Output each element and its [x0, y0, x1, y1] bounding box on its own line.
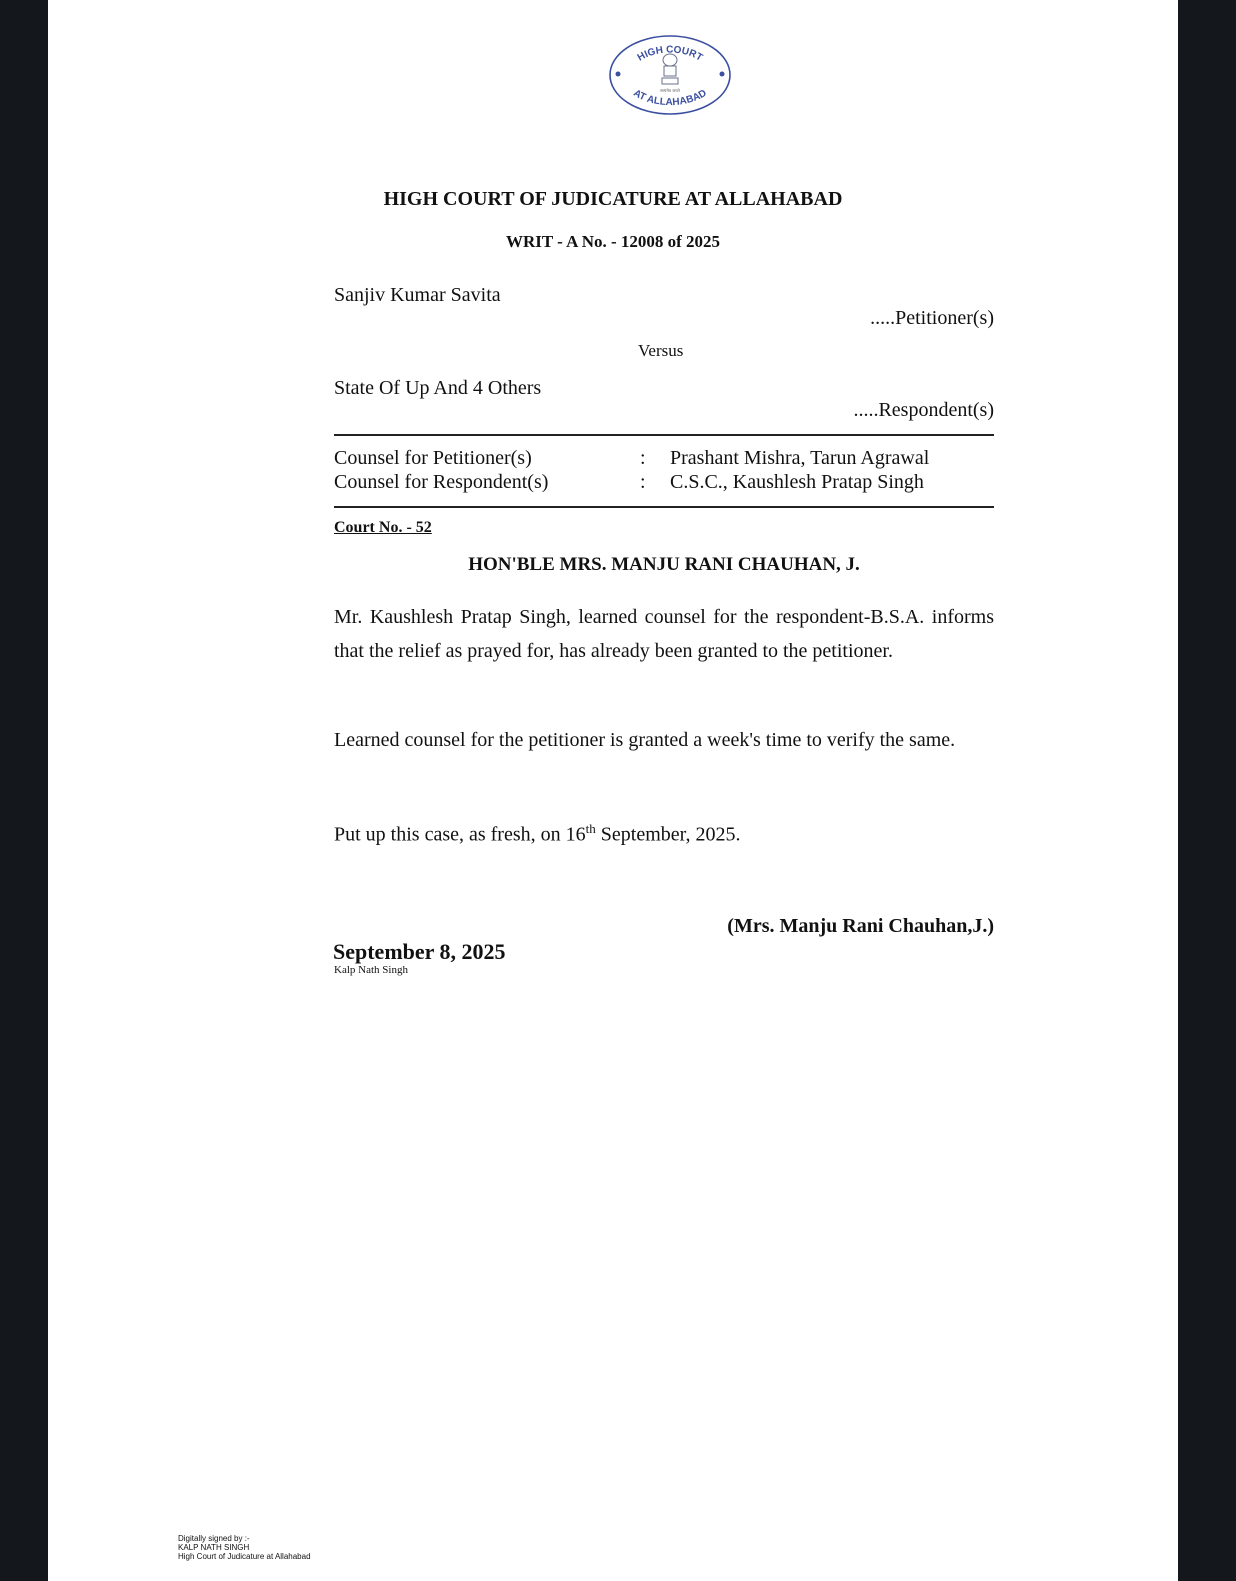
versus-label: Versus	[638, 341, 683, 361]
respondent-name: State Of Up And 4 Others	[334, 377, 541, 400]
case-number: WRIT - A No. - 12008 of 2025	[0, 232, 1226, 252]
digital-signature-block: Digitally signed by :- KALP NATH SINGH H…	[178, 1534, 311, 1561]
listing-text: Put up this case, as fresh, on 16	[334, 824, 586, 846]
svg-text:सत्यमेव जयते: सत्यमेव जयते	[660, 88, 680, 93]
counsel-petitioner-label: Counsel for Petitioner(s)	[334, 447, 532, 470]
digital-signature-line2: KALP NATH SINGH	[178, 1543, 311, 1552]
digital-signature-line3: High Court of Judicature at Allahabad	[178, 1552, 311, 1561]
counsel-respondent-label: Counsel for Respondent(s)	[334, 471, 548, 494]
order-paragraph-2: Learned counsel for the petitioner is gr…	[334, 723, 994, 757]
order-date: September 8, 2025	[333, 939, 506, 965]
counsel-petitioner-sep: :	[640, 447, 646, 470]
order-paragraph-3: Put up this case, as fresh, on 16th Sept…	[334, 812, 994, 852]
court-number: Court No. - 52	[334, 519, 432, 537]
court-name: HIGH COURT OF JUDICATURE AT ALLAHABAD	[0, 188, 1226, 211]
counsel-respondent-sep: :	[640, 471, 646, 494]
petitioner-label: .....Petitioner(s)	[870, 307, 994, 330]
counsel-respondent-value: C.S.C., Kaushlesh Pratap Singh	[670, 471, 924, 494]
seal-emblem-icon: HIGH COURT AT ALLAHABAD सत्यमेव जयते	[608, 34, 732, 116]
judge-signature: (Mrs. Manju Rani Chauhan,J.)	[727, 915, 994, 938]
petitioner-name: Sanjiv Kumar Savita	[334, 284, 501, 307]
counsel-petitioner-value: Prashant Mishra, Tarun Agrawal	[670, 447, 929, 470]
divider-top	[334, 434, 994, 436]
ordinal-suffix: th	[586, 821, 596, 836]
listing-date-text: September, 2025.	[596, 824, 741, 846]
bench-title: HON'BLE MRS. MANJU RANI CHAUHAN, J.	[0, 554, 1236, 576]
order-paragraph-1: Mr. Kaushlesh Pratap Singh, learned coun…	[334, 600, 994, 668]
divider-bottom	[334, 506, 994, 508]
clerk-name: Kalp Nath Singh	[334, 964, 408, 976]
court-seal: HIGH COURT AT ALLAHABAD सत्यमेव जयते	[608, 34, 732, 112]
digital-signature-line1: Digitally signed by :-	[178, 1534, 311, 1543]
respondent-label: .....Respondent(s)	[853, 399, 994, 422]
